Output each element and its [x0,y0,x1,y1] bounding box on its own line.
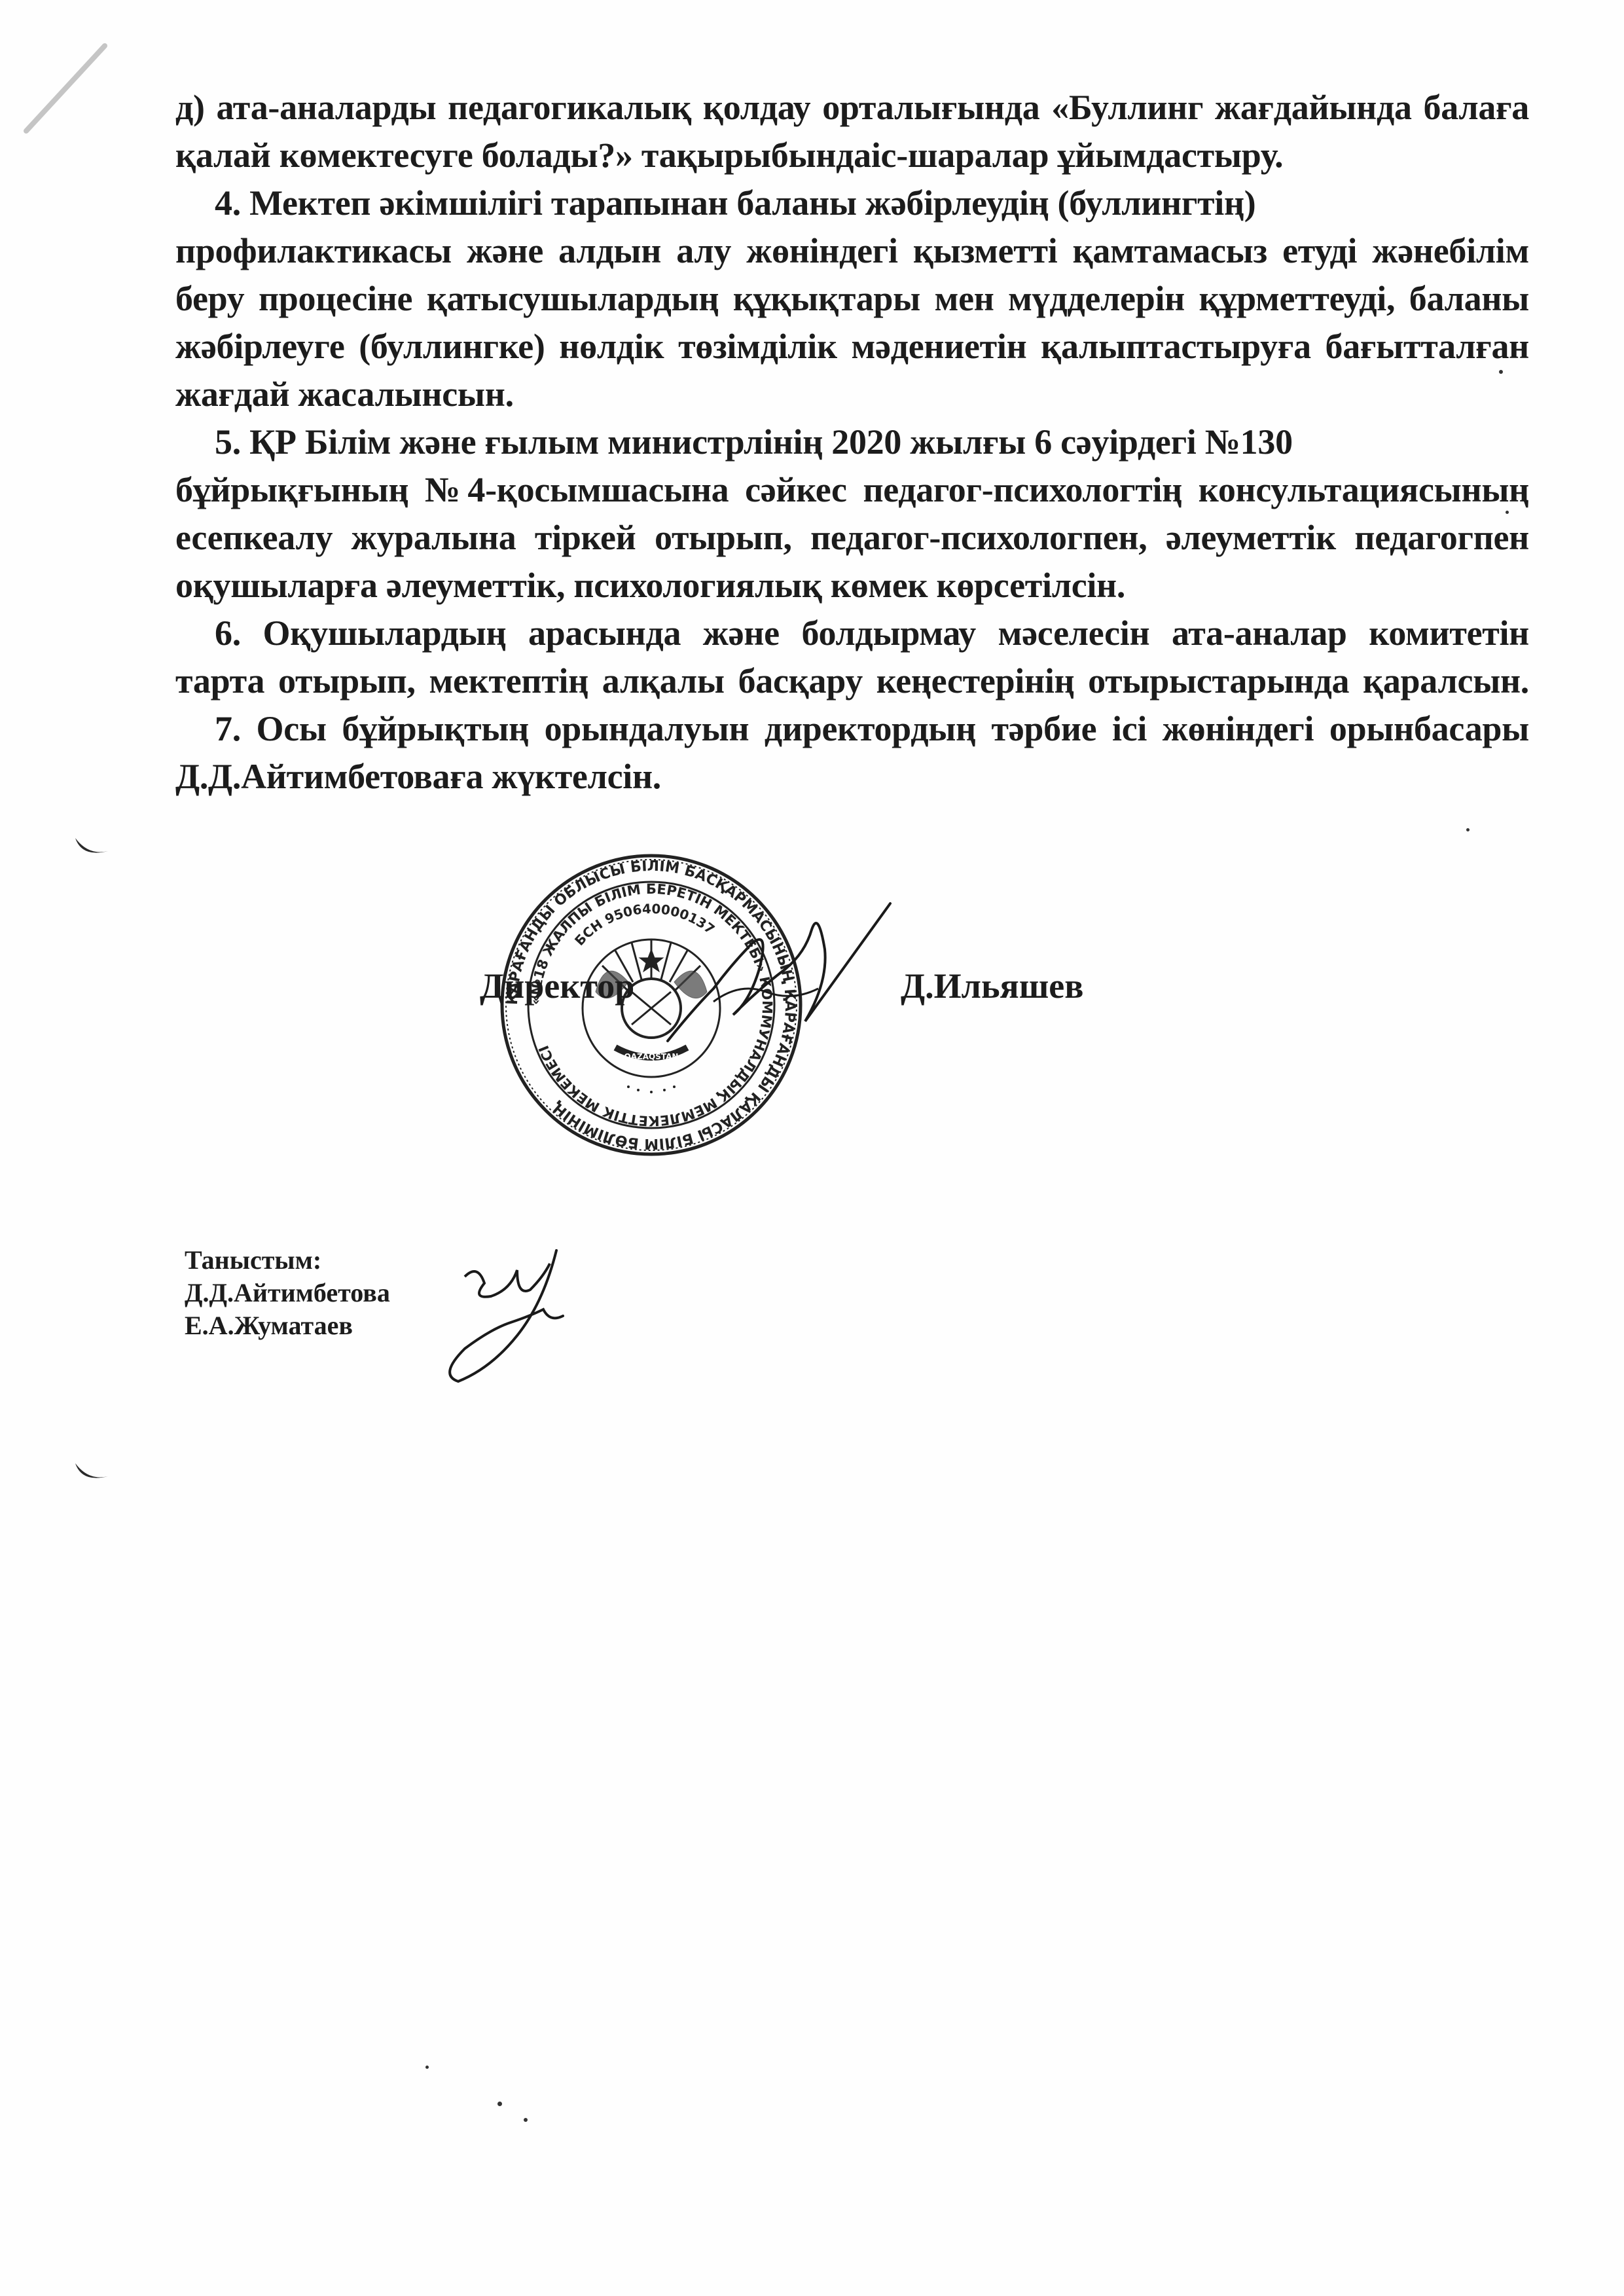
body-line: оқушыларға әлеуметтік, психологиялық көм… [175,562,1529,610]
scan-noise-dot [425,2066,429,2069]
acknowledged-person: Д.Д.Айтимбетова [185,1277,390,1309]
signatory-title: Директор [480,966,634,1006]
body-line: беру процесіне қатысушылардың құқықтары … [175,275,1529,323]
punch-hole-mark-upper [72,835,111,861]
body-line: жәбірлеуге (буллингке) нөлдік төзімділік… [175,323,1529,371]
body-line: Д.Д.Айтимбетоваға жүктелсін. [175,753,1529,801]
body-line: тарта отырып, мектептің алқалы басқару к… [175,657,1529,705]
clause-7-start: 7. Осы бұйрықтың орындалуын директордың … [175,705,1529,753]
body-line: есепкеалу журалына тіркей отырып, педаго… [175,514,1529,562]
clause-5-start: 5. ҚР Білім және ғылым министрлінің 2020… [175,418,1529,466]
body-line: қалай көмектесуге болады?» тақырыбындаіс… [175,132,1529,179]
body-line: бұйрықғының №4-қосымшасына сәйкес педаго… [175,466,1529,514]
body-line: профилактикасы және алдын алу жөніндегі … [175,227,1529,275]
punch-hole-mark-lower [72,1460,111,1486]
stamp-bottom-dots [627,1085,676,1093]
signatory-name: Д.Ильяшев [901,966,1083,1006]
body-line: жағдай жасалынсын. [175,371,1529,418]
acknowledged-person: Е.А.Жуматаев [185,1309,390,1342]
scan-noise-dot [497,2102,502,2106]
order-body-text: д) ата-аналарды педагогикалық қолдау орт… [175,84,1529,801]
director-handwritten-signature [655,890,903,1061]
clause-4-start: 4. Мектеп әкімшілігі тарапынан баланы жә… [175,179,1529,227]
body-line: д) ата-аналарды педагогикалық қолдау орт… [175,84,1529,132]
scan-noise-dot [524,2118,528,2122]
scanned-document-page: д) ата-аналарды педагогикалық қолдау орт… [0,0,1624,2296]
scan-streak-mark [20,39,111,137]
acknowledgement-heading: Таныстым: [185,1244,390,1277]
acknowledgement-block: Таныстым: Д.Д.Айтимбетова Е.А.Жуматаев [185,1244,390,1342]
scan-noise-dot [1466,828,1470,831]
acknowledgement-handwritten-signatures [419,1237,576,1394]
clause-6-start: 6. Оқушылардың арасында және болдырмау м… [175,610,1529,657]
